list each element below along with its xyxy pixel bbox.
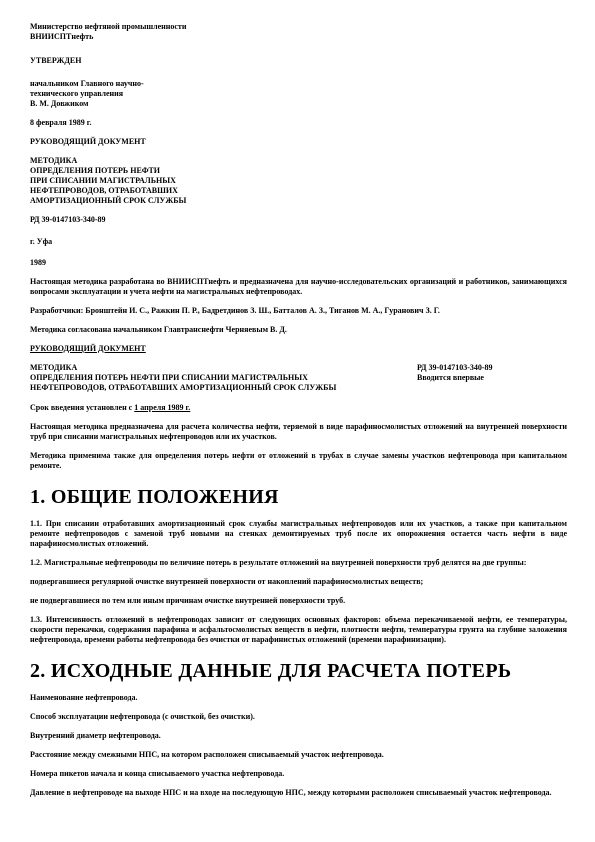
approver-block: начальником Главного научно- техническог… [30,79,567,109]
ministry-line: Министерство нефтяной промышленности [30,22,567,32]
effective-date-value: 1 апреля 1989 г. [134,403,190,412]
doc-title-line: ОПРЕДЕЛЕНИЯ ПОТЕРЬ НЕФТИ [30,166,567,176]
doc-title-block-line: ОПРЕДЕЛЕНИЯ ПОТЕРЬ НЕФТИ ПРИ СПИСАНИИ МА… [30,373,390,383]
doc-number: РД 39-0147103-340-89 [30,215,567,225]
year-line: 1989 [30,258,567,268]
first-issue-note: Вводится впервые [417,373,567,383]
section-2-heading: 2. ИСХОДНЫЕ ДАННЫЕ ДЛЯ РАСЧЕТА ПОТЕРЬ [30,660,567,682]
input-item-pressure: Давление в нефтепроводе на выходе НПС и … [30,788,567,798]
applicability-paragraph: Методика применима также для определения… [30,451,567,471]
doc-number-block: РД 39-0147103-340-89 Вводится впервые [417,363,567,383]
institute-line: ВНИИСПТнефть [30,32,567,42]
input-item-operation-mode: Способ эксплуатации нефтепровода (с очис… [30,712,567,722]
ministry-block: Министерство нефтяной промышленности ВНИ… [30,22,567,42]
input-item-picket-numbers: Номера пикетов начала и конца списываемо… [30,769,567,779]
doc-title-block-line: НЕФТЕПРОВОДОВ, ОТРАБОТАВШИХ АМОРТИЗАЦИОН… [30,383,390,393]
paragraph-1-3: 1.3. Интенсивность отложений в нефтепров… [30,615,567,645]
intro-paragraph: Настоящая методика разработана во ВНИИСП… [30,277,567,297]
paragraph-1-2: 1.2. Магистральные нефтепроводы по велич… [30,558,567,568]
approver-line-2: технического управления [30,89,567,99]
approval-date: 8 февраля 1989 г. [30,118,567,128]
paragraph-1-1: 1.1. При списании отработавших амортизац… [30,519,567,549]
developers-paragraph: Разработчики: Бронштейн И. С., Ражкин П.… [30,306,567,316]
approver-line-1: начальником Главного научно- [30,79,567,89]
section-1-heading: 1. ОБЩИЕ ПОЛОЖЕНИЯ [30,486,567,508]
paragraph-1-2-item-cleaned: подвергавшиеся регулярной очистке внутре… [30,577,567,587]
input-item-inner-diameter: Внутренний диаметр нефтепровода. [30,731,567,741]
doc-type-heading: РУКОВОДЯЩИЙ ДОКУМЕНТ [30,137,567,147]
approved-label: УТВЕРЖДЕН [30,56,567,66]
input-item-station-distance: Расстояние между смежными НПС, на которо… [30,750,567,760]
doc-title-block: МЕТОДИКА ОПРЕДЕЛЕНИЯ ПОТЕРЬ НЕФТИ ПРИ СП… [30,363,390,393]
paragraph-1-2-item-uncleaned: не подвергавшиеся по тем или иным причин… [30,596,567,606]
effective-date-prefix: Срок введения установлен с [30,403,134,412]
agreement-paragraph: Методика согласована начальником Главтра… [30,325,567,335]
title-block-row: МЕТОДИКА ОПРЕДЕЛЕНИЯ ПОТЕРЬ НЕФТИ ПРИ СП… [30,363,567,393]
city-line: г. Уфа [30,237,567,247]
scope-paragraph: Настоящая методика предназначена для рас… [30,422,567,442]
doc-number-2: РД 39-0147103-340-89 [417,363,567,373]
doc-type-heading-2: РУКОВОДЯЩИЙ ДОКУМЕНТ [30,344,567,354]
doc-title: МЕТОДИКА ОПРЕДЕЛЕНИЯ ПОТЕРЬ НЕФТИ ПРИ СП… [30,156,567,206]
doc-title-line: ПРИ СПИСАНИИ МАГИСТРАЛЬНЫХ [30,176,567,186]
doc-title-line: МЕТОДИКА [30,156,567,166]
approver-line-3: В. М. Довжиком [30,99,567,109]
doc-title-line: АМОРТИЗАЦИОННЫЙ СРОК СЛУЖБЫ [30,196,567,206]
doc-title-line: НЕФТЕПРОВОДОВ, ОТРАБОТАВШИХ [30,186,567,196]
document-page: Министерство нефтяной промышленности ВНИ… [0,0,595,842]
doc-title-block-line: МЕТОДИКА [30,363,390,373]
input-item-pipeline-name: Наименование нефтепровода. [30,693,567,703]
effective-date-line: Срок введения установлен с 1 апреля 1989… [30,403,567,413]
